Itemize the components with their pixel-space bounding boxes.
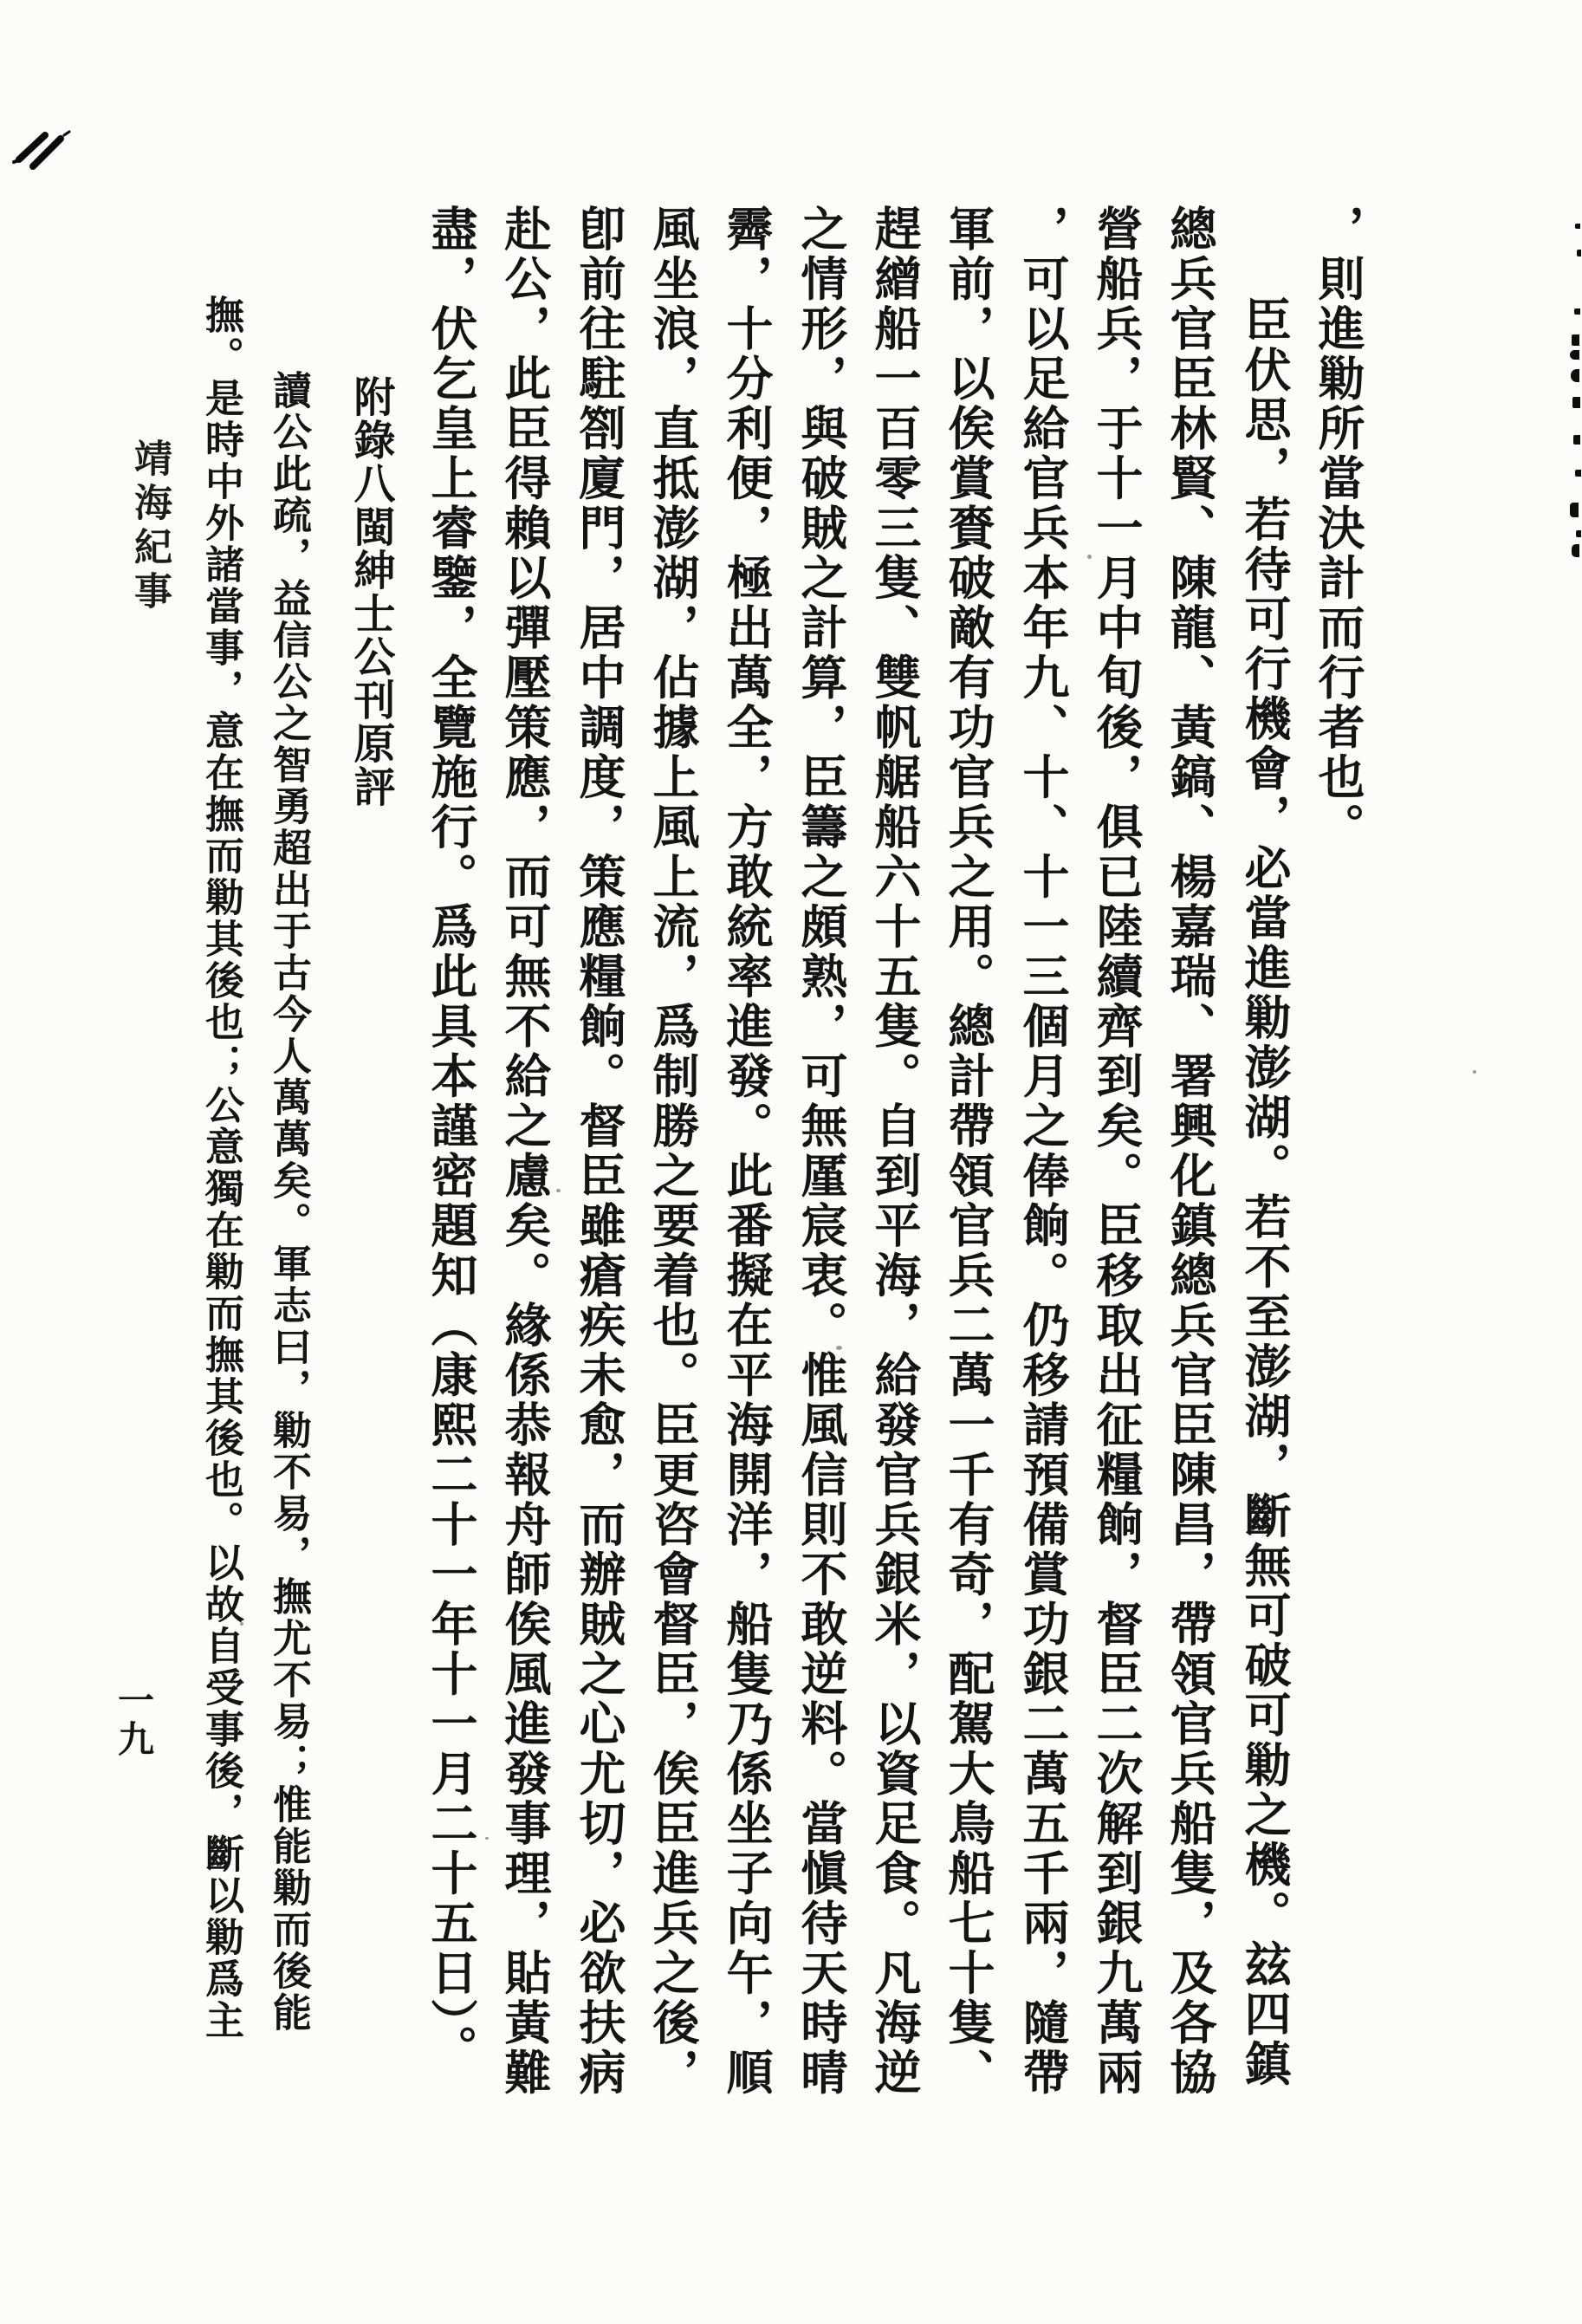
text-column-6: 軍前，以俟賞賚破敵有功官兵之用。總計帶領官兵二萬一千有奇，配駕大鳥船七十隻、 [942,204,995,2098]
page-edge-text-fragment [1572,544,1579,557]
text-column-10: 風坐浪，直抵澎湖，佔據上風上流，爲制勝之要着也。臣更咨會督臣，俟臣進兵之後， [646,204,700,2098]
text-column-9: 霽，十分利便，極出萬全，方敢統率進發。此番擬在平海開洋，船隻乃係坐子向午，順 [720,204,774,2098]
text-column-1: ，則進勦所當決計而行者也。 [1312,204,1365,853]
ink-squiggle-mark [12,127,80,175]
comment-column-1: 讀公此疏，益信公之智勇超出于古今人萬萬矣。軍志曰，勦不易，撫尤不易；惟能勦而後能 [265,370,312,2034]
text-column-2: 臣伏思，若待可行機會，必當進勦澎湖。若不至澎湖，斷無可破可勦之機。玆四鎮 [1238,295,1292,2089]
text-column-12: 赴公，此臣得賴以彈壓策應，而可無不給之慮矣。緣係恭報舟師俟風進發事理，貼黃難 [498,204,552,2098]
page-number: 一九 [113,1681,154,1759]
page-edge-text-fragment [1570,503,1579,517]
text-column-11: 卽前往駐劄廈門，居中調度，策應糧餉。督臣雖瘡疾未愈，而辦賊之心尤切，必欲扶病 [573,204,626,2098]
page-edge-text-fragment [1573,435,1580,445]
scan-speck [556,1189,561,1192]
text-column-4: 營船兵，于十一月中旬後，俱已陸續齊到矣。臣移取出征糧餉，督臣二次解到銀九萬兩 [1090,204,1144,2098]
page-edge-text-fragment [1570,350,1579,360]
scan-speck [240,1622,243,1626]
scan-speck [1087,555,1092,559]
text-column-3: 總兵官臣林賢、陳龍、黃鎬、楊嘉瑞、署興化鎮總兵官臣陳昌，帶領官兵船隻，及各協 [1164,204,1217,2098]
page-edge-text-fragment [1576,530,1581,537]
page-edge-text-fragment [1577,250,1581,256]
text-column-5: ，可以足給官兵本年九、十、十一三個月之俸餉。仍移請預備賞功銀二萬五千兩，隨帶 [1016,204,1070,2098]
comment-column-2: 撫。是時中外諸當事，意在撫而勦其後也；公意獨在勦而撫其後也。以故自受事後，斷以勦… [198,295,244,2042]
scan-speck [1473,1070,1476,1074]
scan-speck [836,1346,842,1350]
scan-speck [485,1837,489,1840]
text-column-13: 盡，伏乞皇上睿鑒，全覽施行。爲此具本謹密題知（康熙二十一年十一月二十五日）。 [425,204,478,2074]
page-edge-text-fragment [1575,470,1581,477]
scan-speck [1204,1477,1209,1482]
page-edge-text-fragment [1571,369,1579,382]
page-edge-text-fragment [1574,308,1580,315]
page-edge-text-fragment [1572,334,1579,346]
page-edge-text-fragment [1575,224,1580,229]
text-column-8: 之情形，與破賊之計算，臣籌之頗熟，可無厪宸衷。惟風信則不敢逆料。當愼待天時晴 [794,204,848,2098]
scan-speck [1327,784,1331,788]
book-page: ，則進勦所當決計而行者也。 臣伏思，若待可行機會，必當進勦澎湖。若不至澎湖，斷無… [0,0,1582,2324]
appendix-heading: 附錄八閩紳士公刊原評 [345,375,397,808]
margin-book-title: 靖海紀事 [126,438,172,615]
text-column-7: 趕繒船一百零三隻、雙帆艍船六十五隻。自到平海，給發官兵銀米，以資足食。凡海逆 [868,204,922,2098]
page-edge-text-fragment [1572,397,1580,408]
